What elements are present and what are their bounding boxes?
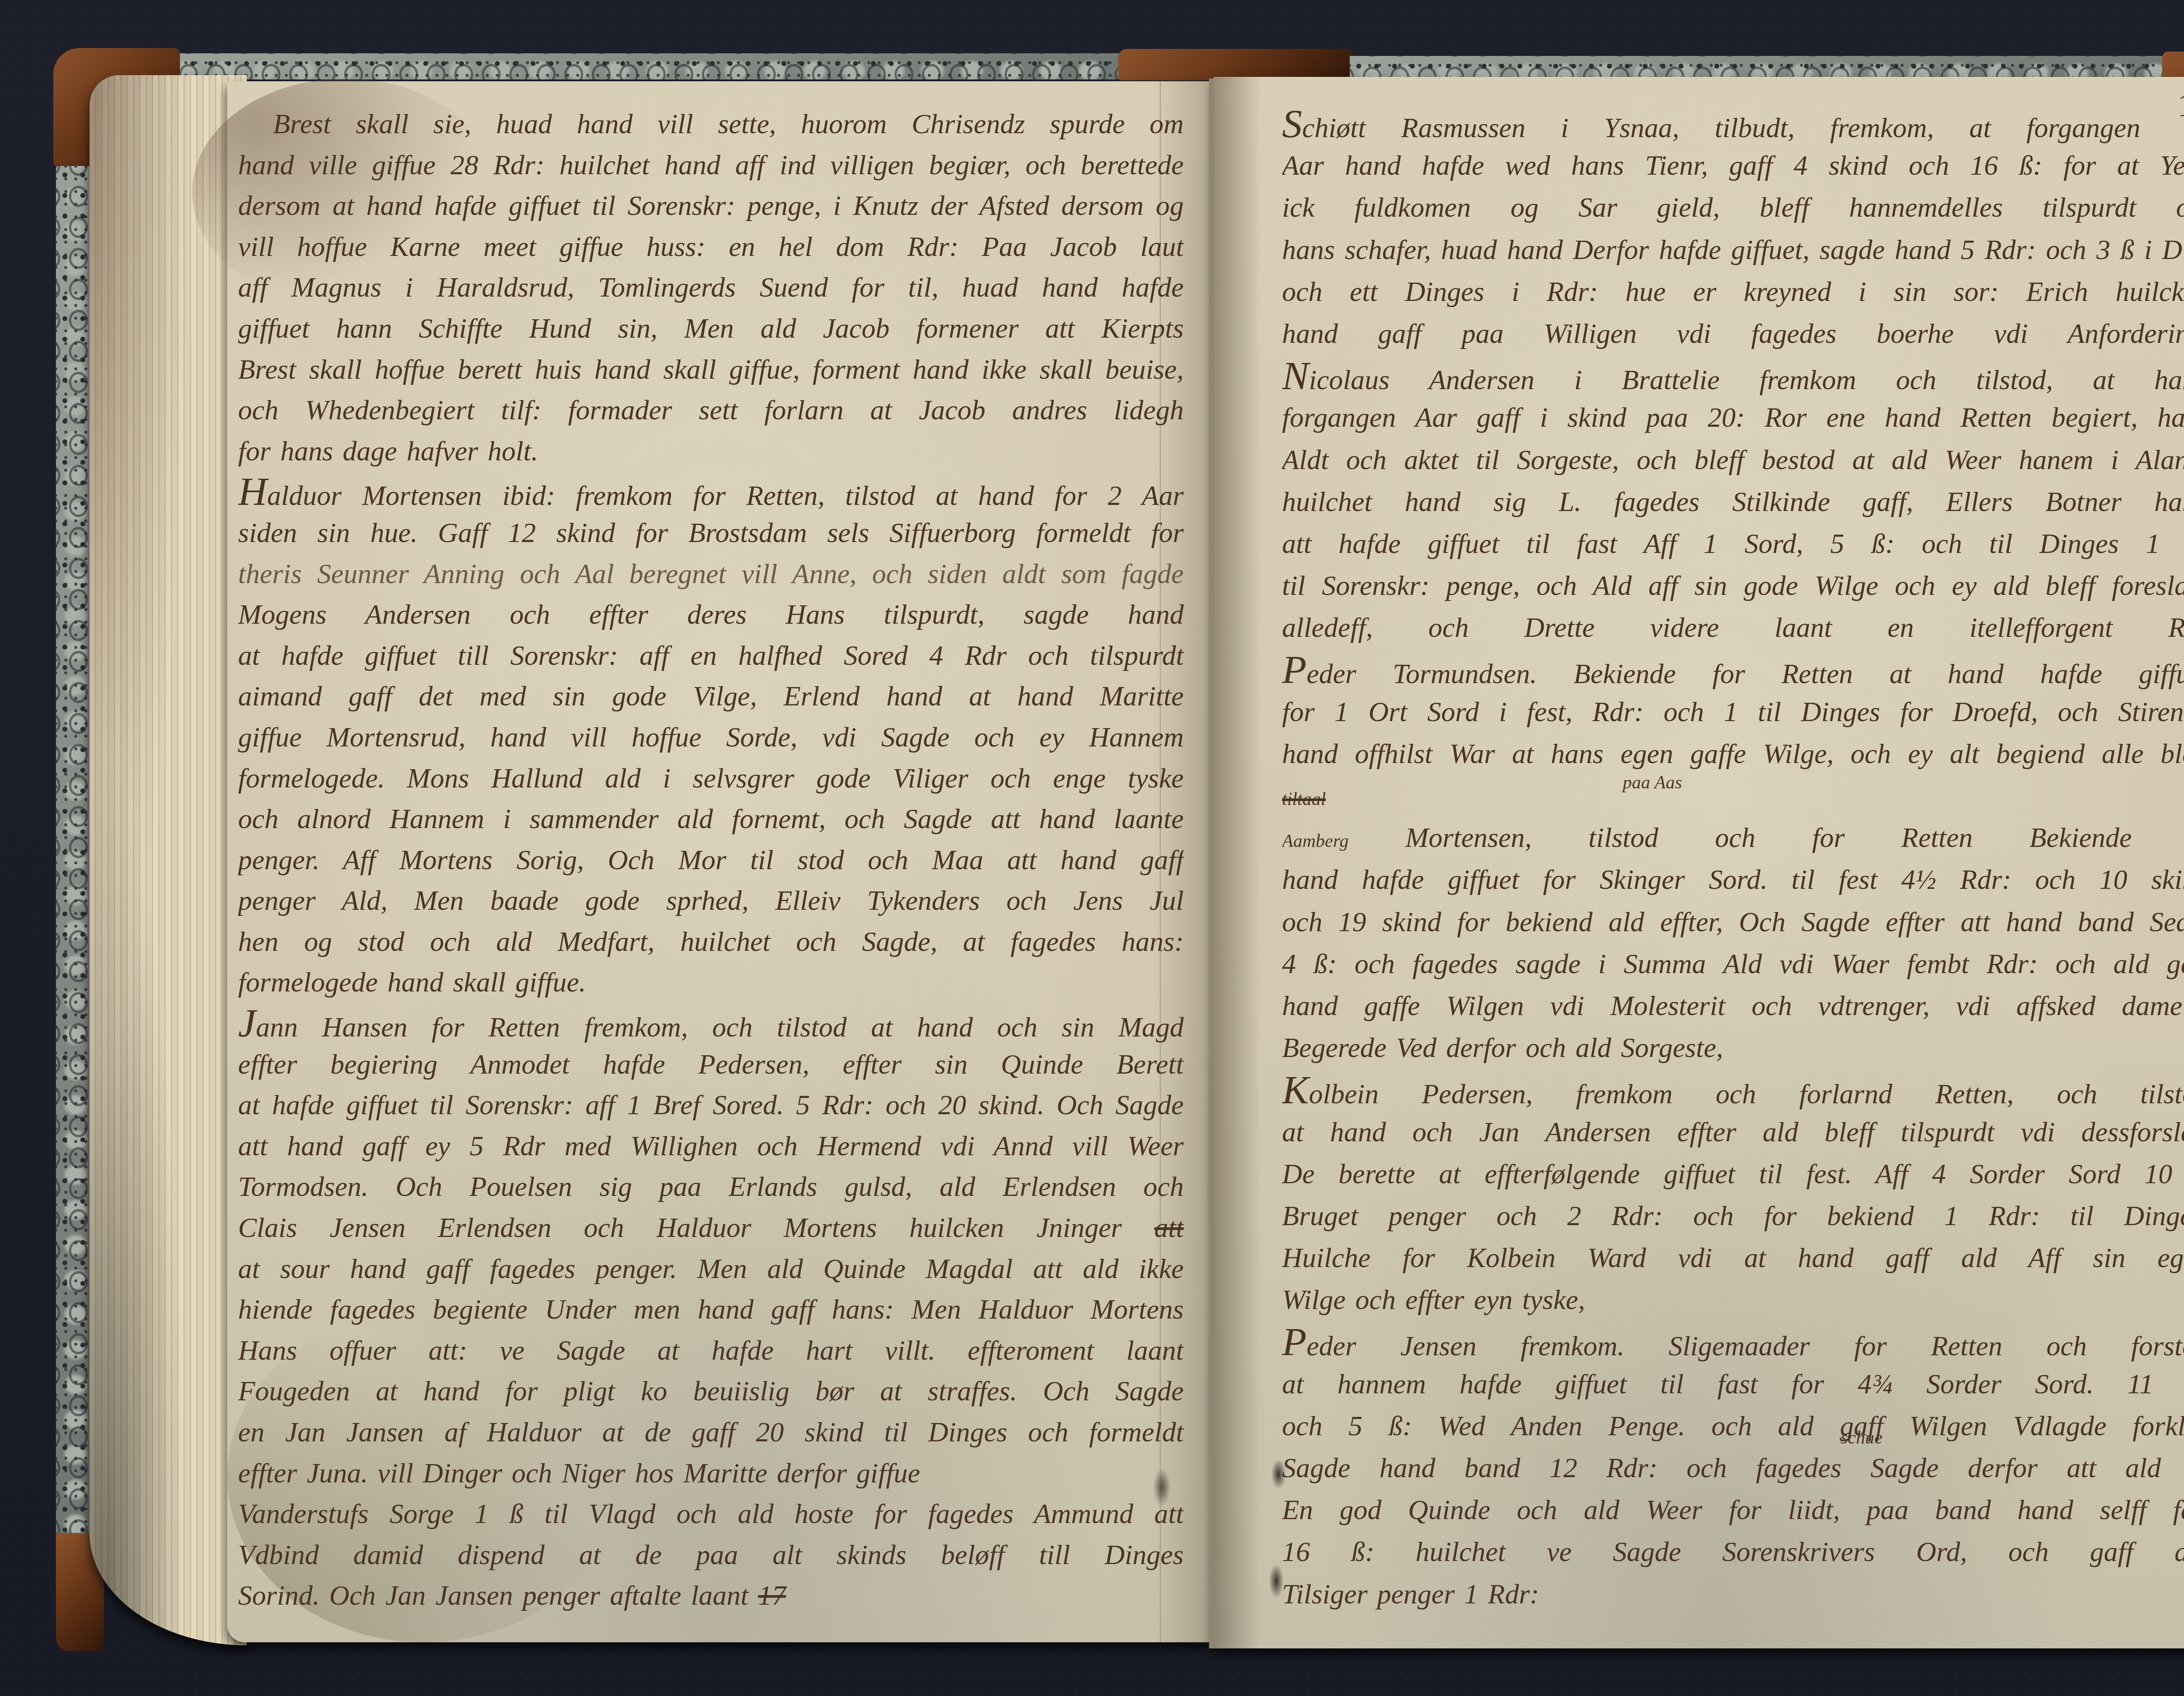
- manuscript-line: Clais Jensen Erlendsen och Halduor Morte…: [238, 1207, 1184, 1248]
- manuscript-line: hen og stod och ald Medfart, huilchet oc…: [238, 921, 1184, 962]
- manuscript-line: En god Quinde och ald Weer for liidt, pa…: [1282, 1489, 2184, 1531]
- manuscript-line: Hans offuer att: ve Sagde at hafde hart …: [238, 1330, 1184, 1371]
- entry-heading-line: Aamberg Mortensen, tilstod och for Rette…: [1282, 817, 2184, 859]
- manuscript-line: en Jan Jansen af Halduor at de gaff 20 s…: [238, 1412, 1184, 1453]
- manuscript-line: De berette at effterfølgende giffuet til…: [1282, 1153, 2184, 1195]
- manuscript-line: Huilche for Kolbein Ward vdi at hand gaf…: [1282, 1237, 2184, 1279]
- manuscript-line: och Whedenbegiert tilf: formader sett fo…: [238, 390, 1184, 431]
- manuscript-line: penger. Aff Mortens Sorig, Och Mor til s…: [238, 839, 1184, 881]
- manuscript-line: Brest skall hoffue berett huis hand skal…: [238, 349, 1184, 390]
- manuscript-line: hans schafer, huad hand Derfor hafde gif…: [1282, 229, 2184, 271]
- entry-heading-line: Halduor Mortensen ibid: fremkom for Rett…: [238, 471, 1184, 512]
- manuscript-line: ick fuldkomen og Sar gield, bleff hannem…: [1282, 187, 2184, 228]
- manuscript-line: Bruget penger och 2 Rdr: och for bekiend…: [1282, 1195, 2184, 1237]
- line-text: Clais Jensen Erlendsen och Halduor Morte…: [238, 1212, 1122, 1243]
- manuscript-line: Brest skall sie, huad hand vill sette, h…: [238, 104, 1184, 145]
- manuscript-line: at hafde giffuet til Sorenskr: aff 1 Bre…: [238, 1085, 1184, 1126]
- entry-heading-line: Jann Hansen for Retten fremkom, och tils…: [238, 1003, 1184, 1044]
- struck-margin-word: tiltaal: [1282, 789, 1326, 809]
- manuscript-line: hand gaffe Wilgen vdi Molesterit och vdt…: [1282, 985, 2184, 1027]
- manuscript-line: giffue Mortensrud, hand vill hoffue Sord…: [238, 717, 1184, 758]
- manuscript-line: och ett Dinges i Rdr: hue er kreyned i s…: [1282, 271, 2184, 313]
- interlinear-note: schue: [1841, 1427, 1883, 1448]
- paper-hole: [1269, 1564, 1284, 1599]
- manuscript-line: Tormodsen. Och Pouelsen sig paa Erlands …: [238, 1166, 1184, 1207]
- manuscript-line: Aar hand hafde wed hans Tienr, gaff 4 sk…: [1282, 145, 2184, 187]
- manuscript-line: Tilsiger penger 1 Rdr:: [1282, 1573, 2184, 1615]
- line-text: Mortensen, tilstod och for Retten Bekien…: [1405, 822, 2184, 853]
- manuscript-line: effter begiering Anmodet hafde Pedersen,…: [238, 1044, 1184, 1085]
- manuscript-line: Vanderstufs Sorge 1 ß til Vlagd och ald …: [238, 1493, 1184, 1534]
- manuscript-line: att hafde giffuet til fast Aff 1 Sord, 5…: [1282, 523, 2184, 565]
- gutter-shadow-right: [1213, 77, 1261, 1648]
- manuscript-line: Aldt och aktet til Sorgeste, och bleff b…: [1282, 439, 2184, 481]
- manuscript-line: aimand gaff det med sin gode Vilge, Erle…: [238, 676, 1184, 717]
- manuscript-line: for 1 Ort Sord i fest, Rdr: och 1 til Di…: [1282, 691, 2184, 733]
- manuscript-line: och 5 ß: Wed Anden Penge. och ald gaff W…: [1282, 1405, 2184, 1447]
- manuscript-line: och 19 skind for bekiend ald effter, Och…: [1282, 901, 2184, 943]
- manuscript-line: hand offhilst War at hans egen gaffe Wil…: [1282, 733, 2184, 775]
- manuscript-line: hand hafde giffuet for Skinger Sord. til…: [1282, 859, 2184, 901]
- interlinear-note: paa Aas: [1623, 772, 1682, 793]
- entry-heading-line: Peder Tormundsen. Bekiende for Retten at…: [1282, 649, 2184, 691]
- manuscript-line: forgangen Aar gaff i skind paa 20: Ror e…: [1282, 397, 2184, 439]
- manuscript-line: til Sorenskr: penge, och Ald aff sin god…: [1282, 565, 2184, 607]
- manuscript-line: Vdbind damid dispend at de paa alt skind…: [238, 1534, 1184, 1575]
- manuscript-line: alledeff, och Drette videre laant en ite…: [1282, 607, 2184, 649]
- manuscript-line: hand gaff paa Willigen vdi fagedes boerh…: [1282, 313, 2184, 355]
- manuscript-line: for hans dage hafver holt.: [238, 431, 1184, 472]
- entry-heading-line: Peder Jensen fremkom. Sligemaader for Re…: [1282, 1321, 2184, 1363]
- manuscript-line: Wilge och effter eyn tyske,: [1282, 1279, 2184, 1321]
- left-page-edge-stack: [90, 75, 247, 1645]
- manuscript-line: formelogede. Mons Hallund ald i selvsgre…: [238, 758, 1184, 799]
- manuscript-line: Sorind. Och Jan Jansen penger aftalte la…: [238, 1575, 1184, 1616]
- manuscript-line: hand ville giffue 28 Rdr: huilchet hand …: [238, 145, 1184, 186]
- marbled-endpaper-top-left: [166, 53, 1127, 79]
- manuscript-line: at hafde giffuet till Sorenskr: aff en h…: [238, 635, 1184, 676]
- manuscript-line: huilchet hand sig L. fagedes Stilkinde g…: [1282, 481, 2184, 523]
- manuscript-line: at hannem hafde giffuet til fast for 4¾ …: [1282, 1363, 2184, 1405]
- manuscript-line: 16 ß: huilchet ve Sagde Sorenskrivers Or…: [1282, 1531, 2184, 1573]
- line-text: Sorind. Och Jan Jansen penger aftalte la…: [238, 1580, 748, 1611]
- spine-top-leather: [1118, 49, 1354, 80]
- entry-heading-line: Schiøtt Rasmussen i Ysnaa, tilbudt, frem…: [1282, 103, 2184, 145]
- paper-hole: [1153, 1468, 1171, 1507]
- manuscript-line: att hand gaff ey 5 Rdr med Willighen och…: [238, 1126, 1184, 1167]
- right-page-text: Schiøtt Rasmussen i Ysnaa, tilbudt, frem…: [1282, 103, 2184, 1615]
- manuscript-line: effter Juna. vill Dinger och Niger hos M…: [238, 1453, 1184, 1494]
- manuscript-line: dersom at hand hafde giffuet til Sorensk…: [238, 185, 1184, 226]
- manuscript-line: penger Ald, Men baade gode sprhed, Ellei…: [238, 880, 1184, 921]
- paper-hole: [1271, 1459, 1286, 1489]
- manuscript-line: aff Magnus i Haraldsrud, Tomlingerds Sue…: [238, 267, 1184, 308]
- manuscript-line: Begerede Ved derfor och ald Sorgeste,: [1282, 1027, 2184, 1069]
- manuscript-line: och alnord Hannem i sammender ald fornem…: [238, 798, 1184, 839]
- manuscript-line: Mogens Andersen och effter deres Hans ti…: [238, 594, 1184, 635]
- manuscript-line: tiltaal: [1282, 775, 2184, 817]
- gutter-fold: [1209, 79, 1214, 1648]
- manuscript-line: giffuet hann Schiffte Hund sin, Men ald …: [238, 308, 1184, 349]
- struck-word: att: [1154, 1212, 1184, 1243]
- left-page-text: Brest skall sie, huad hand vill sette, h…: [238, 104, 1184, 1616]
- manuscript-line: formelogede hand skall giffue.: [238, 962, 1184, 1003]
- manuscript-line: siden sin hue. Gaff 12 skind for Brostsd…: [238, 512, 1184, 553]
- manuscript-line: 4 ß: och fagedes sagde i Summa Ald vdi W…: [1282, 943, 2184, 985]
- entry-heading-line: Nicolaus Andersen i Brattelie fremkom oc…: [1282, 355, 2184, 397]
- manuscript-line: at hand och Jan Andersen effter ald blef…: [1282, 1111, 2184, 1153]
- struck-word: 17: [758, 1580, 786, 1611]
- margin-word: Aamberg: [1282, 831, 1348, 851]
- manuscript-line: hiende fagedes begiente Under men hand g…: [238, 1289, 1184, 1330]
- manuscript-line: theris Seunner Anning och Aal beregnet v…: [238, 553, 1184, 594]
- manuscript-line: Fougeden at hand for pligt ko beuiislig …: [238, 1371, 1184, 1412]
- manuscript-line: at sour hand gaff fagedes penger. Men al…: [238, 1248, 1184, 1289]
- entry-heading-line: Kolbein Pedersen, fremkom och forlarnd R…: [1282, 1069, 2184, 1111]
- manuscript-line: vill hoffue Karne meet giffue huss: en h…: [238, 226, 1184, 267]
- manuscript-line: Sagde hand band 12 Rdr: och fagedes Sagd…: [1282, 1447, 2184, 1489]
